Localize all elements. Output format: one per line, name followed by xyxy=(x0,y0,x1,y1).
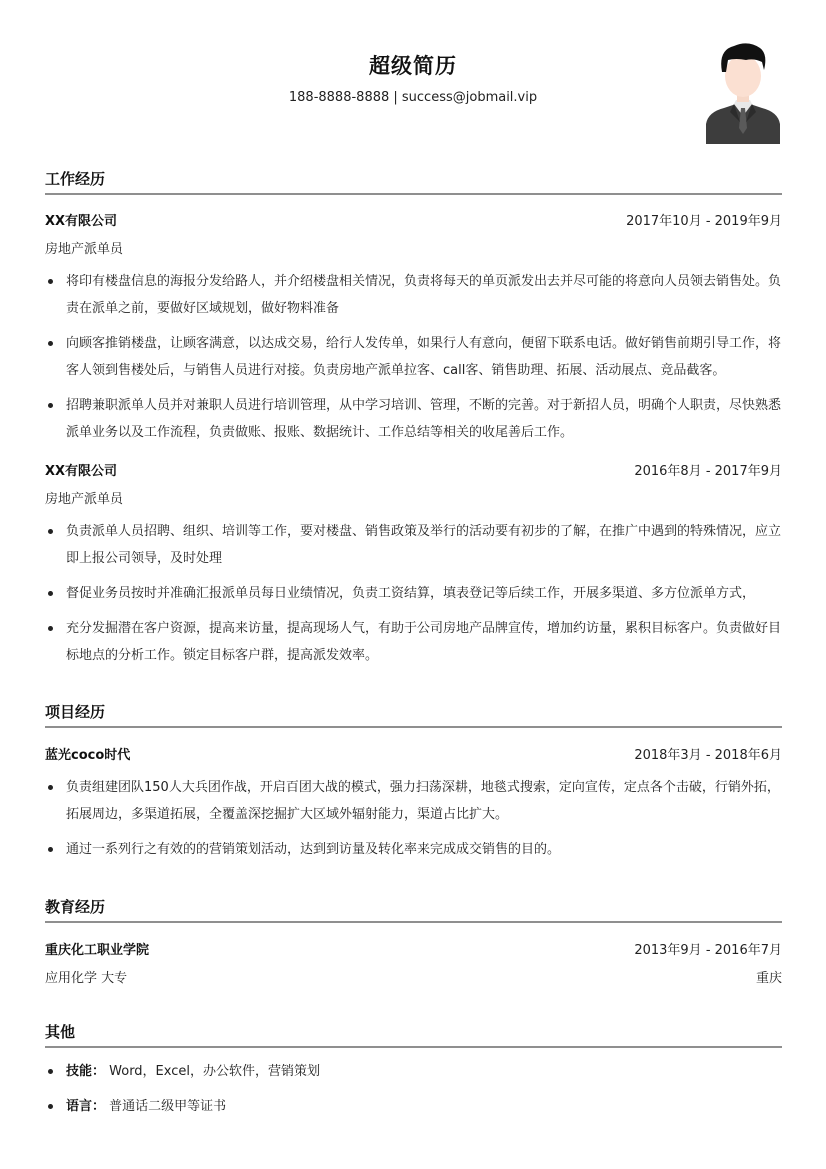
project-bullets: 负责组建团队150人大兵团作战，开启百团大战的模式，强力扫荡深耕，地毯式搜索，定… xyxy=(45,774,782,871)
work-entry-header: XX有限公司 2017年10月 - 2019年9月 xyxy=(45,210,782,229)
list-item: 充分发掘潜在客户资源，提高来访量，提高现场人气，有助于公司房地产品牌宣传，增加约… xyxy=(45,615,782,669)
list-item: 督促业务员按时并准确汇报派单员每日业绩情况，负责工资结算，填表登记等后续工作，开… xyxy=(45,580,782,607)
section-title-other: 其他 xyxy=(45,1021,75,1042)
date-range: 2017年10月 - 2019年9月 xyxy=(626,210,782,229)
section-title-education: 教育经历 xyxy=(45,896,105,917)
resume-page: 超级简历 188-8888-8888 | success@jobmail.vip… xyxy=(0,0,826,1169)
section-divider xyxy=(45,726,782,728)
company-name: XX有限公司 xyxy=(45,210,117,229)
list-item: 向顾客推销楼盘，让顾客满意，以达成交易，给行人发传单，如果行人有意向，便留下联系… xyxy=(45,330,782,384)
list-item: 招聘兼职派单人员并对兼职人员进行培训管理，从中学习培训、管理，不断的完善。对于新… xyxy=(45,392,782,446)
language-item: 语言： 普通话二级甲等证书 xyxy=(45,1093,782,1120)
section-title-project: 项目经历 xyxy=(45,701,105,722)
job-role: 房地产派单员 xyxy=(45,238,123,257)
section-divider xyxy=(45,921,782,923)
major: 应用化学 大专 xyxy=(45,967,127,986)
location: 重庆 xyxy=(756,967,782,986)
company-name: XX有限公司 xyxy=(45,460,117,479)
work-bullets: 负责派单人员招聘、组织、培训等工作，要对楼盘、销售政策及举行的活动要有初步的了解… xyxy=(45,518,782,677)
other-bullets: 技能： Word，Excel，办公软件，营销策划 语言： 普通话二级甲等证书 xyxy=(45,1058,782,1128)
list-item: 通过一系列行之有效的的营销策划活动，达到到访量及转化率来完成成交销售的目的。 xyxy=(45,836,782,863)
education-entry-header: 重庆化工职业学院 2013年9月 - 2016年7月 xyxy=(45,939,782,958)
date-range: 2016年8月 - 2017年9月 xyxy=(634,460,782,479)
project-entry-header: 蓝光coco时代 2018年3月 - 2018年6月 xyxy=(45,744,782,763)
list-item: 负责派单人员招聘、组织、培训等工作，要对楼盘、销售政策及举行的活动要有初步的了解… xyxy=(45,518,782,572)
person-avatar-icon xyxy=(700,38,786,144)
list-item: 将印有楼盘信息的海报分发给路人，并介绍楼盘相关情况，负责将每天的单页派发出去并尽… xyxy=(45,268,782,322)
job-role: 房地产派单员 xyxy=(45,488,123,507)
work-bullets: 将印有楼盘信息的海报分发给路人，并介绍楼盘相关情况，负责将每天的单页派发出去并尽… xyxy=(45,268,782,454)
education-entry-detail: 应用化学 大专 重庆 xyxy=(45,967,782,986)
project-name: 蓝光coco时代 xyxy=(45,744,130,763)
date-range: 2018年3月 - 2018年6月 xyxy=(634,744,782,763)
section-title-work: 工作经历 xyxy=(45,168,105,189)
section-divider xyxy=(45,1046,782,1048)
date-range: 2013年9月 - 2016年7月 xyxy=(634,939,782,958)
school-name: 重庆化工职业学院 xyxy=(45,939,149,958)
skills-item: 技能： Word，Excel，办公软件，营销策划 xyxy=(45,1058,782,1085)
work-entry-header: XX有限公司 2016年8月 - 2017年9月 xyxy=(45,460,782,479)
section-divider xyxy=(45,193,782,195)
list-item: 负责组建团队150人大兵团作战，开启百团大战的模式，强力扫荡深耕，地毯式搜索，定… xyxy=(45,774,782,828)
